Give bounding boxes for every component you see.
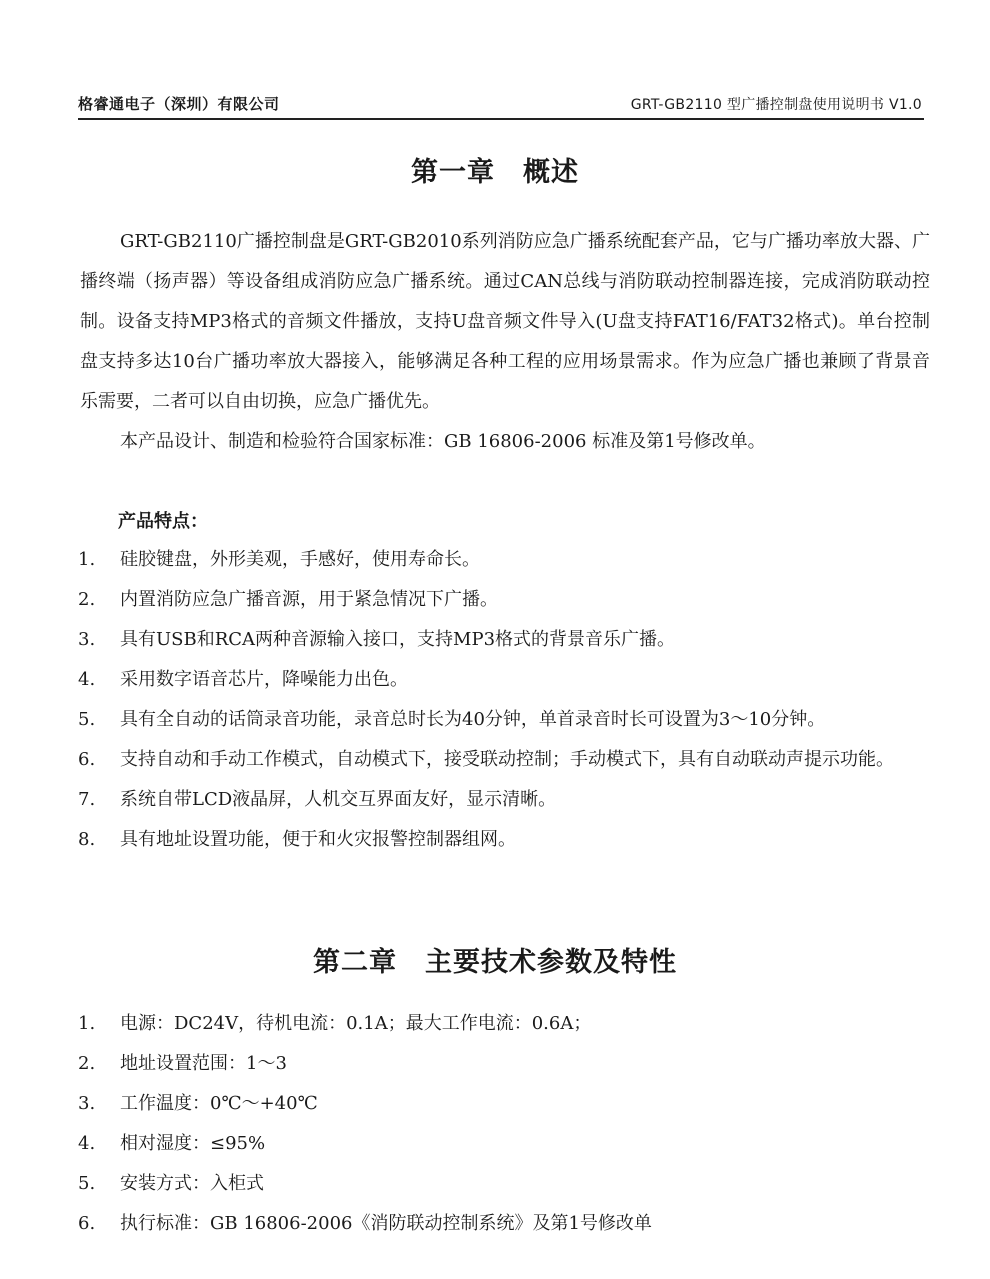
list-item: 2.内置消防应急广播音源，用于紧急情况下广播。	[78, 580, 933, 620]
intro-text: GRT-GB2110广播控制盘是GRT-GB2010系列消防应急广播系统配套产品…	[80, 231, 930, 412]
list-item: 8.具有地址设置功能，便于和火灾报警控制器组网。	[78, 820, 933, 860]
features-list: 1.硅胶键盘，外形美观，手感好，使用寿命长。 2.内置消防应急广播音源，用于紧急…	[78, 540, 933, 860]
document-title: GRT-GB2110 型广播控制盘使用说明书 V1.0	[631, 94, 922, 114]
list-item: 6.执行标准：GB 16806-2006《消防联动控制系统》及第1号修改单	[78, 1204, 933, 1244]
list-item: 7.系统自带LCD液晶屏，人机交互界面友好，显示清晰。	[78, 780, 933, 820]
list-item: 5.安装方式：入柜式	[78, 1164, 933, 1204]
list-item: 3.具有USB和RCA两种音源输入接口，支持MP3格式的背景音乐广播。	[78, 620, 933, 660]
params-list: 1.电源：DC24V，待机电流：0.1A；最大工作电流：0.6A； 2.地址设置…	[78, 1004, 933, 1244]
chapter-1-title: 第一章 概述	[0, 150, 990, 189]
features-heading: 产品特点：	[118, 507, 208, 533]
page-header: 格睿通电子（深圳）有限公司 GRT-GB2110 型广播控制盘使用说明书 V1.…	[78, 90, 924, 120]
list-item: 4.相对湿度：≤95%	[78, 1124, 933, 1164]
standard-paragraph: 本产品设计、制造和检验符合国家标准：GB 16806-2006 标准及第1号修改…	[80, 422, 930, 462]
list-item: 1.硅胶键盘，外形美观，手感好，使用寿命长。	[78, 540, 933, 580]
company-name: 格睿通电子（深圳）有限公司	[78, 93, 280, 114]
list-item: 5.具有全自动的话筒录音功能，录音总时长为40分钟，单首录音时长可设置为3～10…	[78, 700, 933, 740]
list-item: 2.地址设置范围：1～3	[78, 1044, 933, 1084]
list-item: 6.支持自动和手动工作模式，自动模式下，接受联动控制；手动模式下，具有自动联动声…	[78, 740, 933, 780]
intro-paragraph: GRT-GB2110广播控制盘是GRT-GB2010系列消防应急广播系统配套产品…	[80, 222, 930, 422]
list-item: 3.工作温度：0℃～+40℃	[78, 1084, 933, 1124]
standard-text: 本产品设计、制造和检验符合国家标准：GB 16806-2006 标准及第1号修改…	[120, 431, 766, 452]
list-item: 4.采用数字语音芯片，降噪能力出色。	[78, 660, 933, 700]
list-item: 1.电源：DC24V，待机电流：0.1A；最大工作电流：0.6A；	[78, 1004, 933, 1044]
chapter-2-title: 第二章 主要技术参数及特性	[0, 940, 990, 979]
